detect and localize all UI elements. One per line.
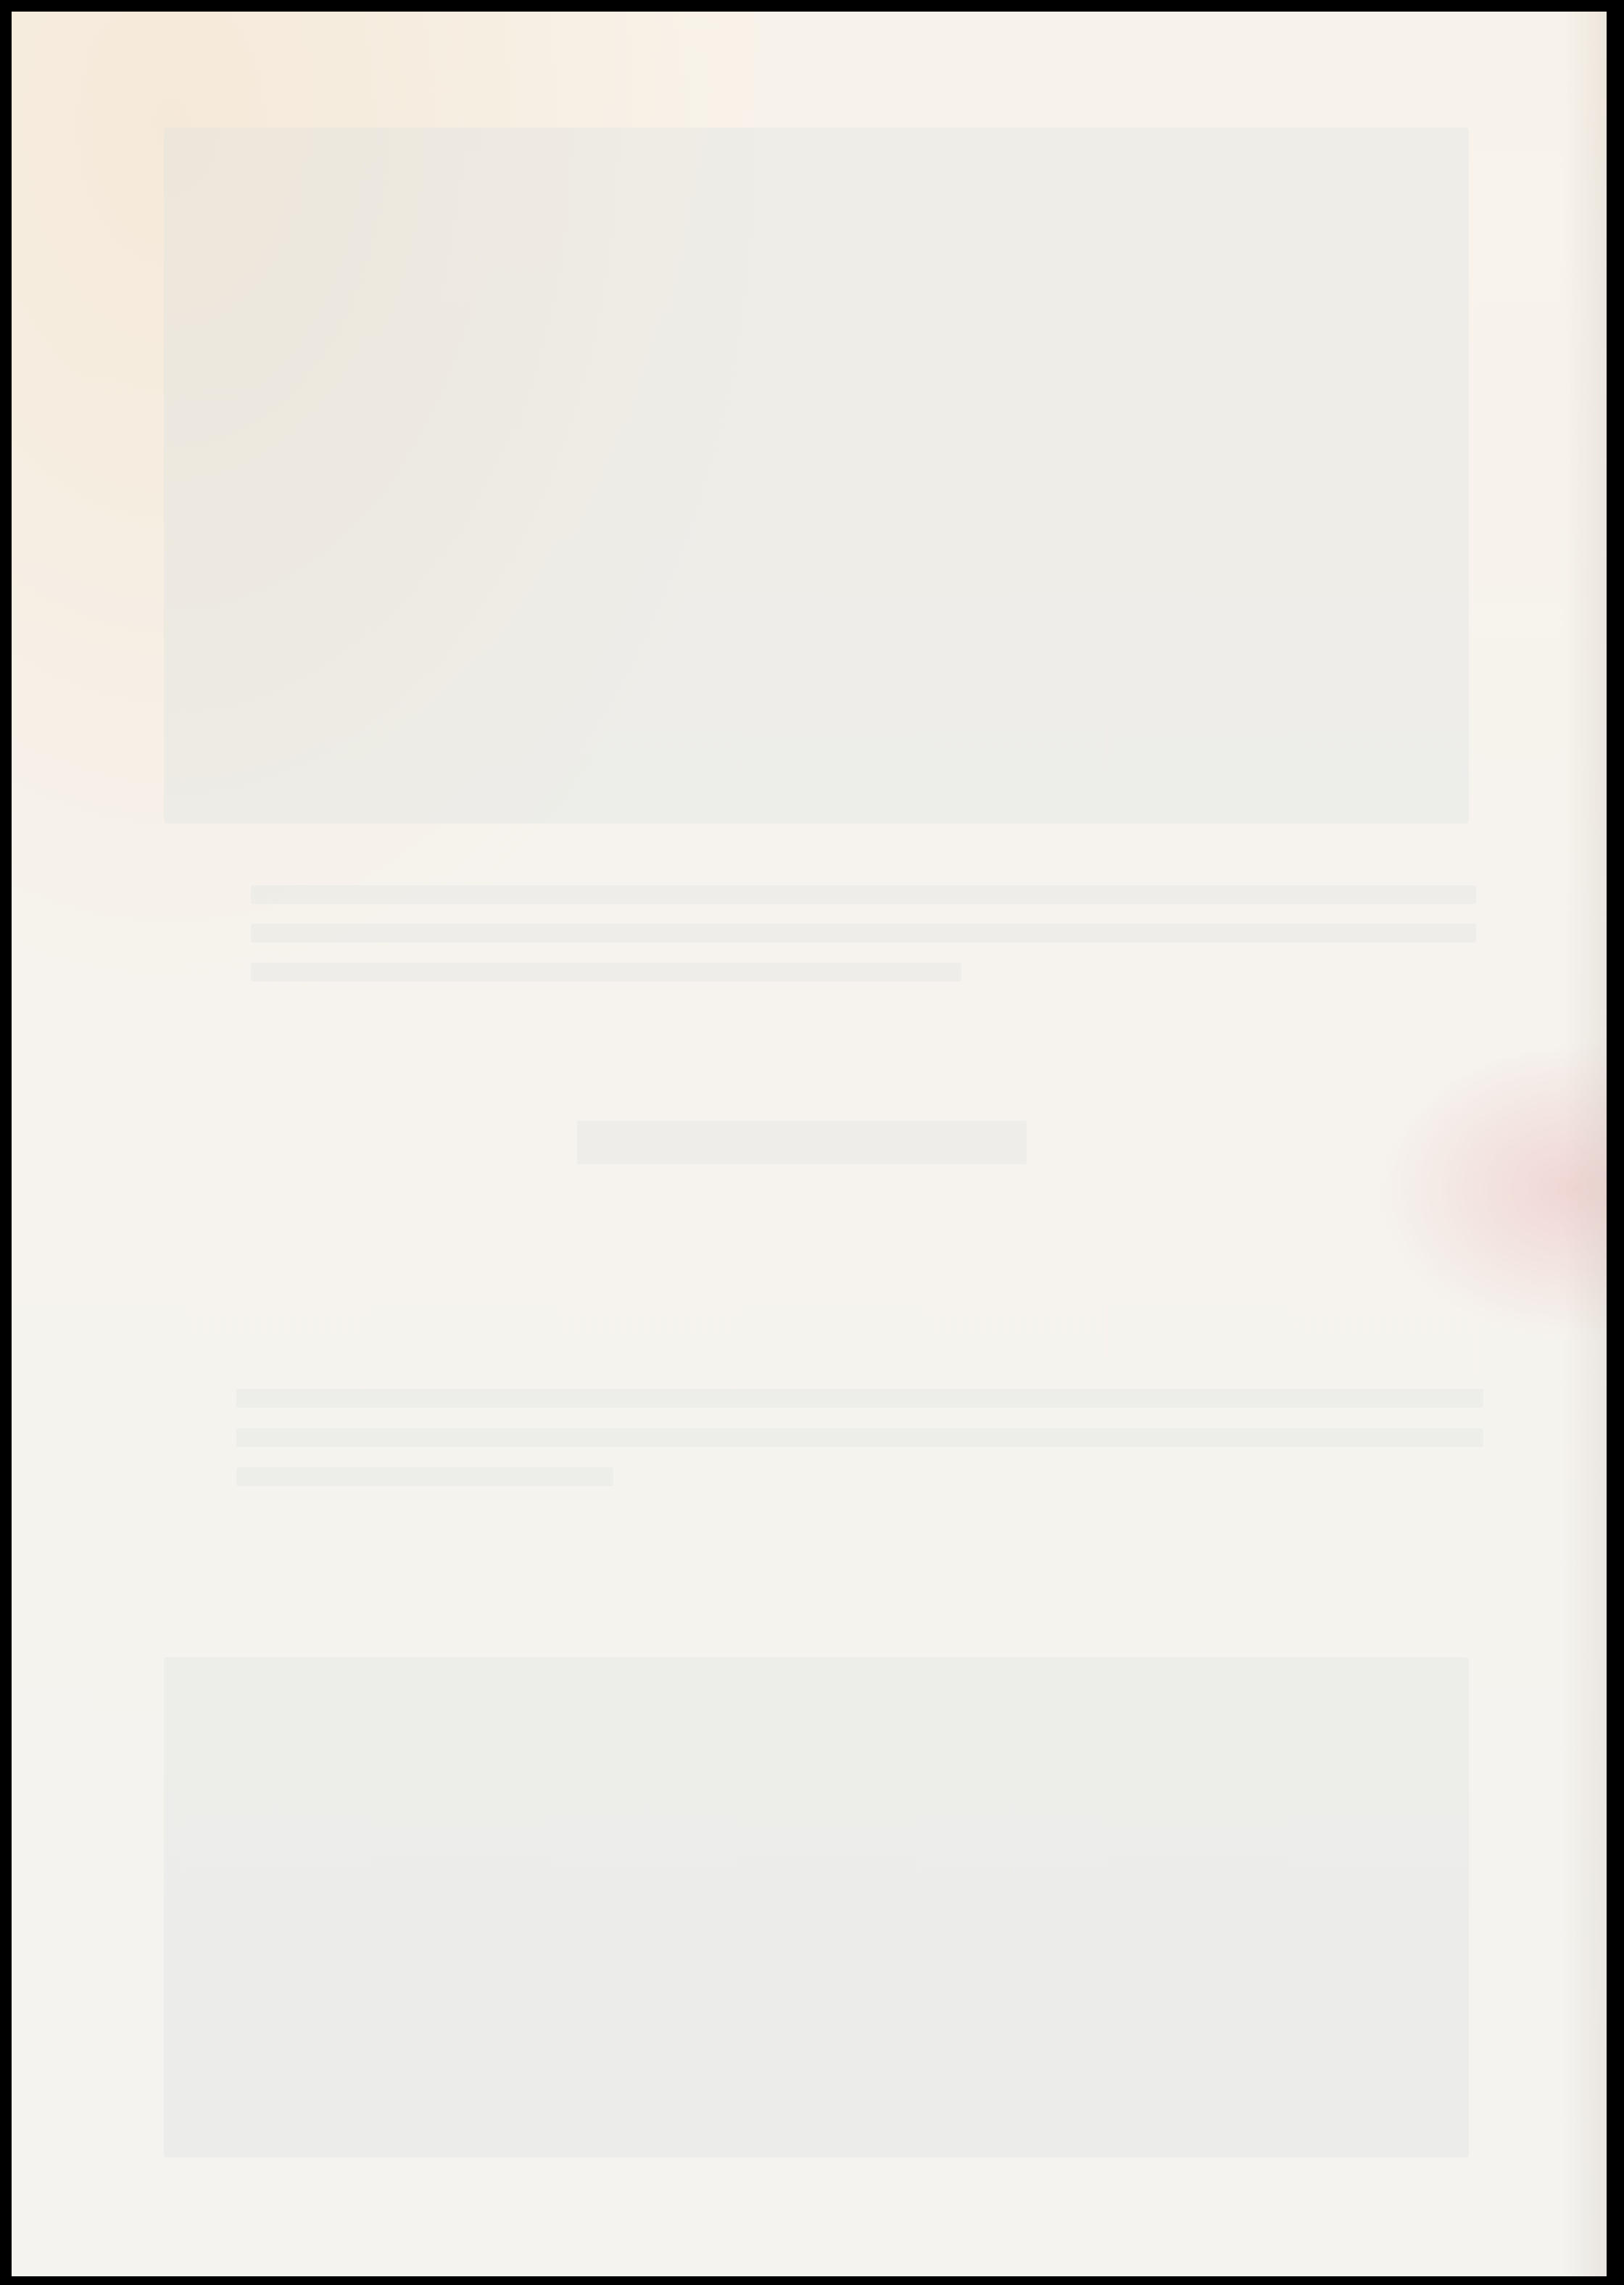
paper-page: Blank aged paper page with only faint mi…: [12, 12, 1607, 2276]
show-through-body-line: [236, 1467, 613, 1486]
show-through-photo-top: [164, 128, 1469, 824]
show-through-caption-line: [251, 963, 961, 982]
show-through-heading: [577, 1121, 1027, 1164]
page-edge-shadow: [1563, 12, 1607, 2276]
show-through-body-line: [236, 1389, 1483, 1408]
show-through-caption-line: [251, 924, 1476, 942]
show-through-caption-line: [251, 885, 1476, 904]
show-through-photo-bottom: [164, 1657, 1469, 2157]
show-through-body-line: [236, 1428, 1483, 1447]
